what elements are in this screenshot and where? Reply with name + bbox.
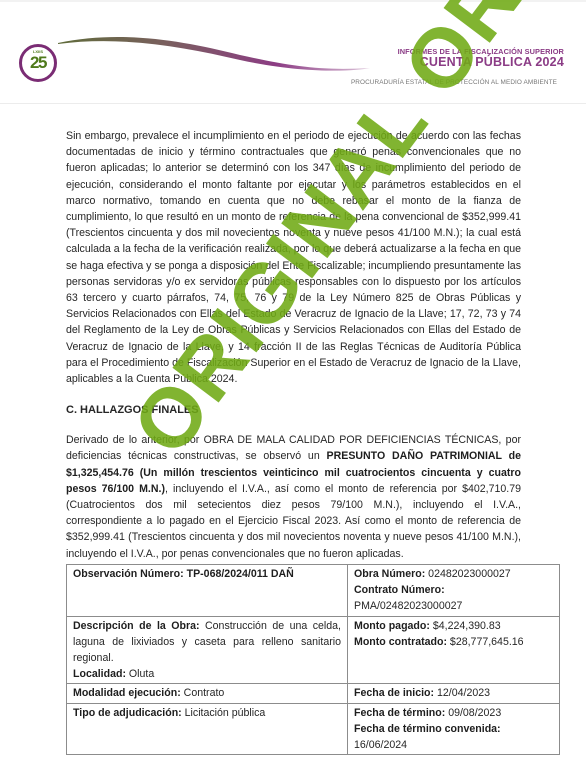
table-row: Observación Número: TP-068/2024/011 DAÑ … xyxy=(67,565,560,617)
cell-descripcion: Descripción de la Obra: Construcción de … xyxy=(67,616,348,684)
cell-fecha-inicio: Fecha de inicio: 12/04/2023 xyxy=(348,684,560,703)
paragraph-incumplimiento: Sin embargo, prevalece el incumplimiento… xyxy=(66,128,521,387)
localidad-label: Localidad: xyxy=(73,668,126,680)
adjudicacion-value: Licitación pública xyxy=(182,707,266,719)
fecha-termino-label: Fecha de término: xyxy=(354,707,445,719)
localidad-value: Oluta xyxy=(126,668,154,680)
monto-contratado-label: Monto contratado: xyxy=(354,636,447,648)
obra-numero-label: Obra Número: xyxy=(354,568,425,580)
contrato-numero-label: Contrato Número: xyxy=(354,582,553,598)
monto-pagado-value: $4,224,390.83 xyxy=(430,620,501,632)
table-row: Modalidad ejecución: Contrato Fecha de i… xyxy=(67,684,560,703)
table-row: Descripción de la Obra: Construcción de … xyxy=(67,616,560,684)
fecha-convenida-value: 16/06/2024 xyxy=(354,737,553,753)
table-row: Tipo de adjudicación: Licitación pública… xyxy=(67,703,560,755)
cell-fechas-termino: Fecha de término: 09/08/2023 Fecha de té… xyxy=(348,703,560,755)
observacion-number: Observación Número: TP-068/2024/011 DAÑ xyxy=(73,568,294,580)
document-body: Sin embargo, prevalece el incumplimiento… xyxy=(66,128,521,562)
section-title: C. HALLAZGOS FINALES xyxy=(66,402,521,418)
monto-contratado-value: $28,777,645.16 xyxy=(447,636,524,648)
page-header: LXIIS 25 INFORMES DE LA FISCALIZACIÓN SU… xyxy=(0,0,586,104)
cell-obra-contrato: Obra Número: 02482023000027 Contrato Núm… xyxy=(348,565,560,617)
audited-entity: PROCURADURÍA ESTATAL DE PROTECCIÓN AL ME… xyxy=(351,79,557,86)
adjudicacion-label: Tipo de adjudicación: xyxy=(73,707,182,719)
cell-adjudicacion: Tipo de adjudicación: Licitación pública xyxy=(67,703,348,755)
descripcion-label: Descripción de la Obra: xyxy=(73,620,200,632)
fecha-inicio-label: Fecha de inicio: xyxy=(354,687,434,699)
fecha-termino-value: 09/08/2023 xyxy=(445,707,501,719)
cell-modalidad: Modalidad ejecución: Contrato xyxy=(67,684,348,703)
modalidad-value: Contrato xyxy=(181,687,225,699)
modalidad-label: Modalidad ejecución: xyxy=(73,687,181,699)
fecha-convenida-label: Fecha de término convenida: xyxy=(354,721,553,737)
monto-pagado-label: Monto pagado: xyxy=(354,620,430,632)
contrato-numero-value: PMA/02482023000027 xyxy=(354,598,553,614)
fecha-inicio-value: 12/04/2023 xyxy=(434,687,490,699)
report-title: CUENTA PÚBLICA 2024 xyxy=(420,55,564,69)
cell-montos: Monto pagado: $4,224,390.83 Monto contra… xyxy=(348,616,560,684)
obra-numero-value: 02482023000027 xyxy=(425,568,510,580)
observation-table: Observación Número: TP-068/2024/011 DAÑ … xyxy=(66,564,560,755)
cell-observacion: Observación Número: TP-068/2024/011 DAÑ xyxy=(67,565,348,617)
paragraph-hallazgos: Derivado de lo anterior, por OBRA DE MAL… xyxy=(66,432,521,562)
